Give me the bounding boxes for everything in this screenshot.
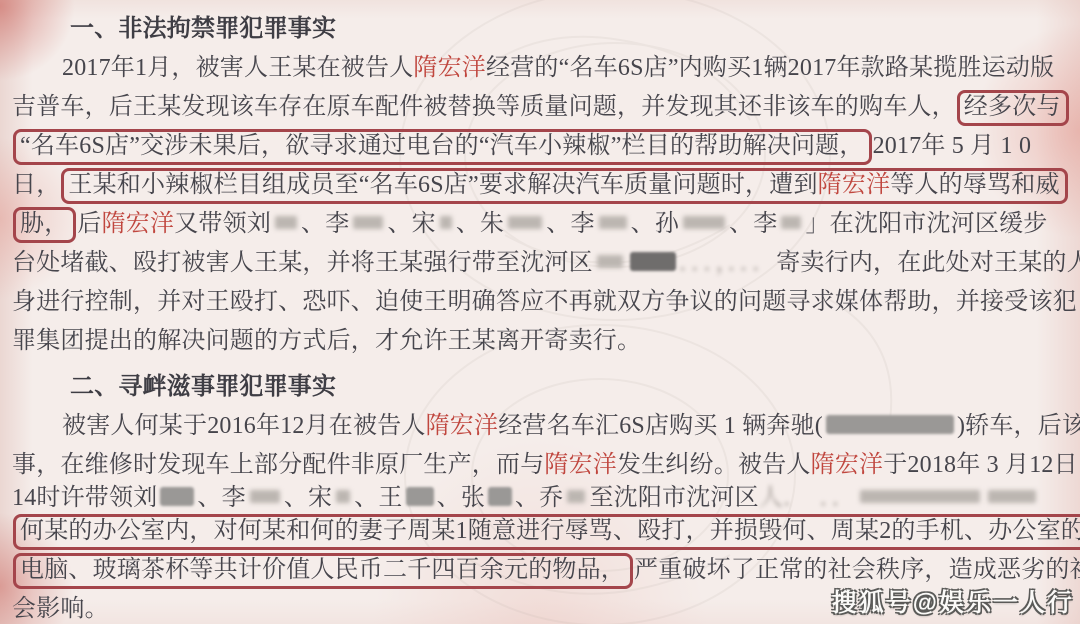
text-run: 、朱	[456, 211, 504, 237]
text-run: 2017年 5 月 1 0	[873, 133, 1032, 159]
text-run: 一、非法拘禁罪犯罪事实	[70, 16, 336, 42]
text-run: 经多次与	[964, 94, 1061, 120]
text-run: 吉普车，后王某发现该车存在原车配件被替换等质量问题，并发现其还非该车的购车人，	[12, 94, 956, 120]
defendant-name-red: 隋宏洋	[811, 452, 884, 478]
text-run: 日，	[12, 172, 60, 198]
document-line: 2017年1月，被害人王某在被告人隋宏洋经营的“名车6S店”内购买1辆2017年…	[12, 51, 1066, 90]
text-run: 又带领刘	[174, 211, 271, 237]
blurred-name-smudge	[597, 255, 623, 268]
text-run: 被害人何某于2016年12月在被告人	[62, 413, 426, 439]
blurred-name-smudge	[860, 490, 980, 503]
blurred-name-smudge	[353, 216, 383, 229]
text-run: 、李	[546, 211, 594, 237]
blurred-name-smudge	[683, 216, 725, 229]
text-run: 经营名车汇6S店购买 1 辆奔驰(	[498, 413, 823, 439]
red-highlight-box: “名车6S店”交涉未果后，欲寻求通过电台的“汽车小辣椒”栏目的帮助解决问题，	[13, 129, 872, 165]
defendant-name-red: 隋宏洋	[818, 172, 891, 198]
document-page: 一、非法拘禁罪犯罪事实2017年1月，被害人王某在被告人隋宏洋经营的“名车6S店…	[0, 0, 1080, 624]
document-line: 台处堵截、殴打被害人王某，并将王某强行带至沈河区．．．，．．．寄卖行内，在此处对…	[12, 246, 1066, 285]
document-body: 一、非法拘禁罪犯罪事实2017年1月，被害人王某在被告人隋宏洋经营的“名车6S店…	[12, 12, 1066, 624]
text-run: 台处堵截、殴打被害人王某，并将王某强行带至沈河区	[12, 250, 593, 276]
blurred-name-smudge	[781, 216, 801, 229]
defendant-name-red: 隋宏洋	[413, 55, 486, 81]
redaction-block	[630, 252, 676, 271]
red-highlight-box: 何某的办公室内，对何某和何的妻子周某1随意进行辱骂、殴打，并损毁何、周某2的手机…	[13, 514, 1080, 550]
document-line: “名车6S店”交涉未果后，欲寻求通过电台的“汽车小辣椒”栏目的帮助解决问题，20…	[12, 129, 1066, 168]
text-run: 何某的办公室内，对何某和何的妻子周某1随意进行辱骂、殴打，并损毁何、周某2的手机…	[20, 518, 1080, 544]
text-run: )轿车，后该车肇	[957, 413, 1080, 439]
text-run: 、孙	[631, 211, 679, 237]
red-highlight-box: 电脑、玻璃茶杯等共计价值人民币二千四百余元的物品，	[13, 553, 633, 589]
redaction-block	[488, 487, 512, 506]
document-line: 被害人何某于2016年12月在被告人隋宏洋经营名车汇6S店购买 1 辆奔驰()轿…	[12, 409, 1066, 448]
red-highlight-box: 胁，	[13, 207, 76, 243]
text-run: 、李	[197, 485, 245, 511]
document-line: 胁，后隋宏洋又带领刘、李、宋、朱、李、孙、李」在沈阳市沈河区缓步	[12, 207, 1066, 246]
text-run: 罪集团提出的解决问题的方式后，才允许王某离开寄卖行。	[12, 328, 641, 354]
text-run: 严重破坏了正常的社会秩序，造成恶劣的社	[634, 557, 1080, 583]
blurred-text: ．．．，．．．	[679, 250, 776, 276]
blurred-name-smudge	[988, 490, 1036, 503]
text-run: 事，在维修时发现车上部分配件非原厂生产，而与	[12, 452, 544, 478]
document-line: 何某的办公室内，对何某和何的妻子周某1随意进行辱骂、殴打，并损毁何、周某2的手机…	[12, 514, 1066, 553]
text-run: 、王	[354, 485, 402, 511]
text-run: 、张	[437, 485, 485, 511]
text-run: “名车6S店”交涉未果后，欲寻求通过电台的“汽车小辣椒”栏目的帮助解决问题，	[20, 133, 864, 159]
document-line: 日，王某和小辣椒栏目组成员至“名车6S店”要求解决汽车质量问题时，遭到隋宏洋等人…	[12, 168, 1066, 207]
redaction-block	[406, 487, 434, 506]
text-run: 电脑、玻璃茶杯等共计价值人民币二千四百余元的物品，	[20, 557, 625, 583]
text-run: 等人的辱骂和威	[890, 172, 1059, 198]
text-run: 、李	[729, 211, 777, 237]
text-run: 14时许带领刘	[12, 485, 157, 511]
blurred-name-smudge	[250, 490, 280, 503]
blurred-name-smudge	[336, 490, 350, 503]
text-run: 会影响。	[12, 596, 109, 622]
text-run: 身进行控制，并对王殴打、恐吓、迫使王明确答应不再就双方争议的问题寻求媒体帮助，并…	[12, 289, 1077, 315]
defendant-name-red: 隋宏洋	[544, 452, 617, 478]
document-line: 事，在维修时发现车上部分配件非原厂生产，而与隋宏洋发生纠纷。被告人隋宏洋于201…	[12, 448, 1066, 481]
redaction-block	[160, 487, 194, 506]
blurred-name-smudge	[508, 216, 542, 229]
text-run: 」在沈阳市沈河区缓步	[805, 211, 1047, 237]
text-run: 二、寻衅滋事罪犯罪事实	[70, 374, 336, 400]
text-run: 于2018年 3 月12日	[883, 452, 1078, 478]
blurred-text: 人． ．．	[759, 485, 856, 511]
text-run: 、宋	[387, 211, 435, 237]
text-run: 经营的“名车6S店”内购买1辆2017年款路某揽胜运动版	[486, 55, 1054, 81]
document-line: 14时许带领刘、李、宋、王、张、乔至沈阳市沈河区人． ．．	[12, 481, 1066, 514]
text-run: 2017年1月，被害人王某在被告人	[62, 55, 413, 81]
redaction-block	[826, 415, 954, 434]
section1-title: 一、非法拘禁罪犯罪事实	[12, 12, 1066, 51]
red-highlight-box: 经多次与	[957, 90, 1069, 126]
text-run: 胁，	[20, 211, 68, 237]
defendant-name-red: 隋宏洋	[102, 211, 175, 237]
text-run: 、李	[301, 211, 349, 237]
watermark: 搜狐号@娱乐一人行	[832, 583, 1074, 619]
document-line: 吉普车，后王某发现该车存在原车配件被替换等质量问题，并发现其还非该车的购车人，经…	[12, 90, 1066, 129]
document-line: 身进行控制，并对王殴打、恐吓、迫使王明确答应不再就双方争议的问题寻求媒体帮助，并…	[12, 285, 1066, 324]
text-run: 、宋	[284, 485, 332, 511]
text-run: 发生纠纷。被告人	[617, 452, 811, 478]
text-run: 至沈阳市沈河区	[589, 485, 758, 511]
text-run: 王某和小辣椒栏目组成员至“名车6S店”要求解决汽车质量问题时，遭到	[68, 172, 817, 198]
red-highlight-box: 王某和小辣椒栏目组成员至“名车6S店”要求解决汽车质量问题时，遭到隋宏洋等人的辱…	[61, 168, 1067, 204]
blurred-name-smudge	[275, 216, 297, 229]
text-run: 寄卖行内，在此处对王某的人	[776, 250, 1080, 276]
document-line: 罪集团提出的解决问题的方式后，才允许王某离开寄卖行。	[12, 324, 1066, 363]
blurred-name-smudge	[440, 216, 452, 229]
text-run: 、乔	[515, 485, 563, 511]
section2-title: 二、寻衅滋事罪犯罪事实	[12, 370, 1066, 409]
text-run: 后	[77, 211, 101, 237]
blurred-name-smudge	[599, 216, 627, 229]
blurred-name-smudge	[567, 490, 585, 503]
defendant-name-red: 隋宏洋	[426, 413, 499, 439]
